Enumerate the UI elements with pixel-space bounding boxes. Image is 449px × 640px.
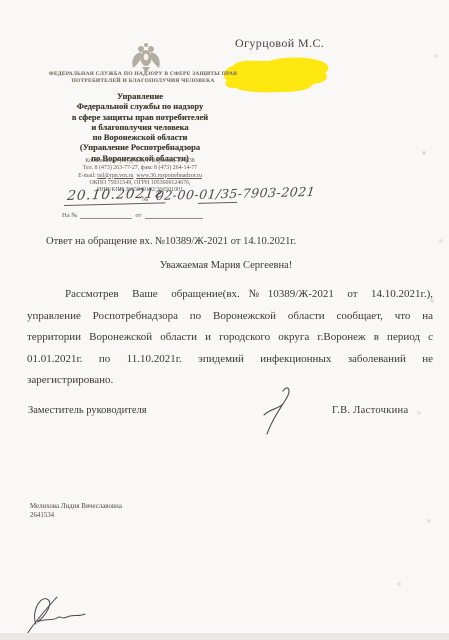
signer-name: Г.В. Ласточкина	[332, 405, 408, 416]
executor-phone: 2641534	[30, 511, 122, 520]
department-line: по Воронежской области	[18, 132, 262, 142]
official-signature-stroke	[256, 384, 298, 438]
letter-body-paragraph: Рассмотрев Ваше обращение(вх.№10389/Ж-20…	[27, 284, 433, 392]
department-line: (Управление Роспотребнадзора	[18, 142, 262, 152]
number-part-underlined: 01/35	[198, 186, 239, 204]
department-line: Управление	[18, 91, 262, 101]
scan-noise-specks	[0, 0, 2, 2]
handwritten-outgoing-number: 02-00-01/35-7903-2021	[155, 184, 316, 203]
scanned-letter-page: Огурцовой М.С. ФЕДЕРАЛЬНАЯ СЛУЖБА ПО НАД…	[0, 0, 449, 640]
email-address: tsil@rpn.vrn.ru	[97, 173, 133, 179]
number-sign: №	[142, 196, 148, 203]
blank-line	[145, 211, 203, 219]
executor-name: Мелихова Лидия Вячеславовна	[30, 502, 122, 511]
federal-service-line1: ФЕДЕРАЛЬНАЯ СЛУЖБА ПО НАДЗОРУ В СФЕРЕ ЗА…	[18, 71, 268, 78]
bottom-signature-stroke	[24, 590, 102, 636]
coat-of-arms-eagle-emblem	[130, 41, 162, 75]
incoming-reference-line: На №от	[62, 211, 203, 219]
blank-line	[80, 211, 132, 219]
addressee-name: Огурцовой М.С.	[235, 36, 324, 51]
federal-service-line2: ПОТРЕБИТЕЛЕЙ И БЛАГОПОЛУЧИЯ ЧЕЛОВЕКА	[18, 78, 268, 85]
department-name-block: Управление Федеральной службы по надзору…	[18, 91, 262, 163]
number-part: 02-00-	[155, 187, 200, 203]
department-line: Федеральной службы по надзору	[18, 101, 262, 111]
handwritten-date: 20.10.2021г	[64, 185, 168, 206]
email-label: E-mail:	[78, 173, 96, 179]
federal-service-header: ФЕДЕРАЛЬНАЯ СЛУЖБА ПО НАДЗОРУ В СФЕРЕ ЗА…	[18, 71, 268, 84]
website-address: www.36.rospotrebnadzor.ru	[136, 173, 202, 179]
scan-edge-strip	[0, 633, 449, 640]
reply-label: На №	[62, 212, 77, 219]
phone-fax-line: Тел. 8 (473) 263-77-27, факс 8 (473) 264…	[18, 165, 262, 172]
executor-contact-block: Мелихова Лидия Вячеславовна 2641534	[30, 502, 122, 520]
number-part: -7903-2021	[237, 184, 316, 201]
signer-position-title: Заместитель руководителя	[28, 405, 147, 416]
department-line: в сфере защиты прав потребителей	[18, 112, 262, 122]
email-website-line: E-mail: tsil@rpn.vrn.ru www.36.rospotreb…	[18, 173, 262, 180]
department-line: и благополучия человека	[18, 122, 262, 132]
reply-from-label: от	[135, 212, 141, 219]
salutation: Уважаемая Мария Сергеевна!	[0, 260, 449, 271]
subject-line: Ответ на обращение вх. №10389/Ж-2021 от …	[46, 236, 296, 247]
